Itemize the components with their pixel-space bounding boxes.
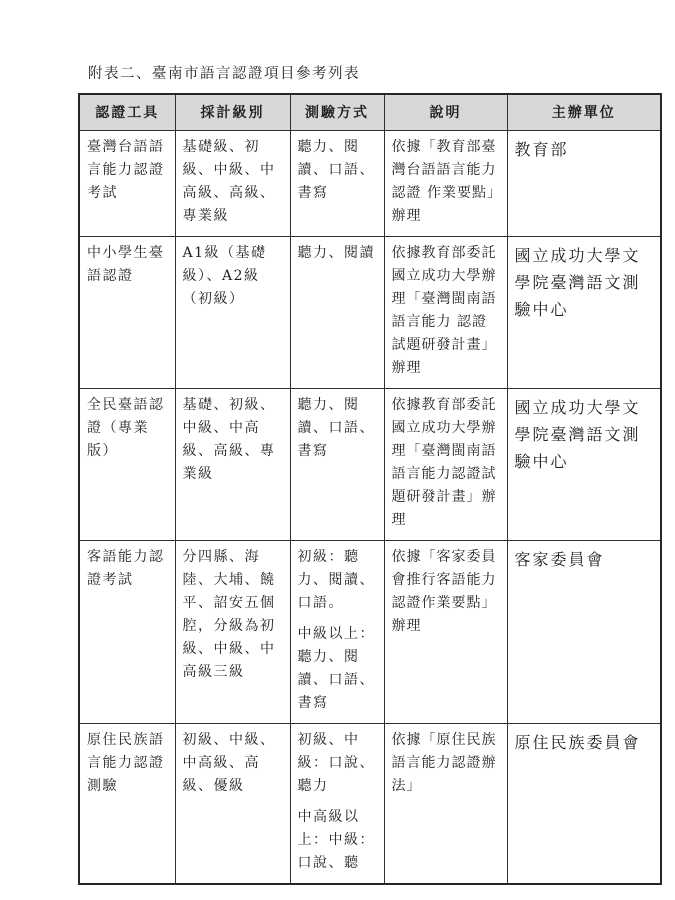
cell-text: 聽力、閱讀、口語、書寫 <box>298 136 377 205</box>
column-header: 認證工具 <box>79 94 175 130</box>
column-header: 採計級別 <box>175 94 290 130</box>
table-row: 全民臺語認證（專業版）基礎、初級、中級、中高級、高級、專業級聽力、閱讀、口語、書… <box>79 388 661 540</box>
cell-text: 中級以上：聽力、閱讀、口語、書寫 <box>298 623 377 715</box>
cell-text: 依據教育部委託國立成功大學辦理「臺灣閩南語語言能力認證試題研發計畫」辦理 <box>392 394 500 532</box>
cell-levels: 基礎、初級、中級、中高級、高級、專業級 <box>175 388 290 540</box>
cell-levels: 基礎級、初級、中級、中高級、高級、專業級 <box>175 130 290 236</box>
cell-levels: A1級（基礎級）、A2級（初級） <box>175 236 290 388</box>
table-header: 認證工具採計級別測驗方式說明主辦單位 <box>79 94 661 130</box>
table-body: 臺灣台語語言能力認證考試基礎級、初級、中級、中高級、高級、專業級聽力、閱讀、口語… <box>79 130 661 884</box>
cell-text: 分四縣、海陸、大埔、饒平、詔安五個腔，分級為初級、中級、中高級三級 <box>183 546 283 684</box>
cell-text: 初級、中級：口說、聽力 <box>298 729 377 798</box>
cell-text: 基礎級、初級、中級、中高級、高級、專業級 <box>183 136 283 228</box>
cell-organizer: 教育部 <box>507 130 661 236</box>
cell-text: 客語能力認證考試 <box>87 546 168 592</box>
cell-description: 依據「原住民族語言能力認證辦法」 <box>384 723 507 884</box>
cell-methods: 聽力、閱讀 <box>290 236 384 388</box>
certification-table: 認證工具採計級別測驗方式說明主辦單位 臺灣台語語言能力認證考試基礎級、初級、中級… <box>78 93 662 885</box>
cell-levels: 初級、中級、中高級、高級、優級 <box>175 723 290 884</box>
cell-text: 初級、中級、中高級、高級、優級 <box>183 729 283 798</box>
cell-methods: 聽力、閱讀、口語、書寫 <box>290 388 384 540</box>
cell-description: 依據「教育部臺灣台語語言能力認證 作業要點」辦理 <box>384 130 507 236</box>
cell-text: 全民臺語認證（專業版） <box>87 394 168 463</box>
cell-description: 依據「客家委員會推行客語能力認證作業要點」辦理 <box>384 540 507 723</box>
cell-text: 依據「原住民族語言能力認證辦法」 <box>392 729 500 798</box>
cell-organizer: 國立成功大學文學院臺灣語文測驗中心 <box>507 388 661 540</box>
cell-text: 依據「教育部臺灣台語語言能力認證 作業要點」辦理 <box>392 136 500 228</box>
cell-organizer: 國立成功大學文學院臺灣語文測驗中心 <box>507 236 661 388</box>
cell-organizer: 原住民族委員會 <box>507 723 661 884</box>
table-row: 原住民族語言能力認證測驗初級、中級、中高級、高級、優級初級、中級：口說、聽力中高… <box>79 723 661 884</box>
table-row: 臺灣台語語言能力認證考試基礎級、初級、中級、中高級、高級、專業級聽力、閱讀、口語… <box>79 130 661 236</box>
cell-methods: 初級：聽力、閱讀、口語。中級以上：聽力、閱讀、口語、書寫 <box>290 540 384 723</box>
cell-tool: 客語能力認證考試 <box>79 540 175 723</box>
cell-text: 中小學生臺語認證 <box>87 242 168 288</box>
cell-text: 教育部 <box>515 136 654 163</box>
cell-tool: 臺灣台語語言能力認證考試 <box>79 130 175 236</box>
cell-description: 依據教育部委託國立成功大學辦理「臺灣閩南語語言能力 認證試題研發計畫」辦理 <box>384 236 507 388</box>
cell-text: 客家委員會 <box>515 546 654 573</box>
cell-methods: 聽力、閱讀、口語、書寫 <box>290 130 384 236</box>
cell-text: 原住民族語言能力認證測驗 <box>87 729 168 798</box>
cell-methods: 初級、中級：口說、聽力中高級以上：中級：口說、聽 <box>290 723 384 884</box>
column-header: 主辦單位 <box>507 94 661 130</box>
cell-text: 原住民族委員會 <box>515 729 654 756</box>
cell-tool: 原住民族語言能力認證測驗 <box>79 723 175 884</box>
cell-levels: 分四縣、海陸、大埔、饒平、詔安五個腔，分級為初級、中級、中高級三級 <box>175 540 290 723</box>
cell-text: 國立成功大學文學院臺灣語文測驗中心 <box>515 242 654 323</box>
column-header: 說明 <box>384 94 507 130</box>
document-page: { "page": { "title": "附表二、臺南市語言認證項目參考列表"… <box>0 0 675 900</box>
cell-text: 中高級以上：中級：口說、聽 <box>298 806 377 875</box>
table-row: 中小學生臺語認證A1級（基礎級）、A2級（初級）聽力、閱讀依據教育部委託國立成功… <box>79 236 661 388</box>
cell-text: 聽力、閱讀 <box>298 242 377 265</box>
cell-organizer: 客家委員會 <box>507 540 661 723</box>
cell-tool: 中小學生臺語認證 <box>79 236 175 388</box>
cell-description: 依據教育部委託國立成功大學辦理「臺灣閩南語語言能力認證試題研發計畫」辦理 <box>384 388 507 540</box>
cell-text: 依據教育部委託國立成功大學辦理「臺灣閩南語語言能力 認證試題研發計畫」辦理 <box>392 242 500 380</box>
cell-text: 初級：聽力、閱讀、口語。 <box>298 546 377 615</box>
cell-tool: 全民臺語認證（專業版） <box>79 388 175 540</box>
page-title: 附表二、臺南市語言認證項目參考列表 <box>88 62 360 83</box>
header-row: 認證工具採計級別測驗方式說明主辦單位 <box>79 94 661 130</box>
cell-text: 基礎、初級、中級、中高級、高級、專業級 <box>183 394 283 486</box>
cell-text: 依據「客家委員會推行客語能力認證作業要點」辦理 <box>392 546 500 638</box>
cell-text: 國立成功大學文學院臺灣語文測驗中心 <box>515 394 654 475</box>
cell-text: 臺灣台語語言能力認證考試 <box>87 136 168 205</box>
cell-text: A1級（基礎級）、A2級（初級） <box>183 242 283 311</box>
table-row: 客語能力認證考試分四縣、海陸、大埔、饒平、詔安五個腔，分級為初級、中級、中高級三… <box>79 540 661 723</box>
column-header: 測驗方式 <box>290 94 384 130</box>
cell-text: 聽力、閱讀、口語、書寫 <box>298 394 377 463</box>
